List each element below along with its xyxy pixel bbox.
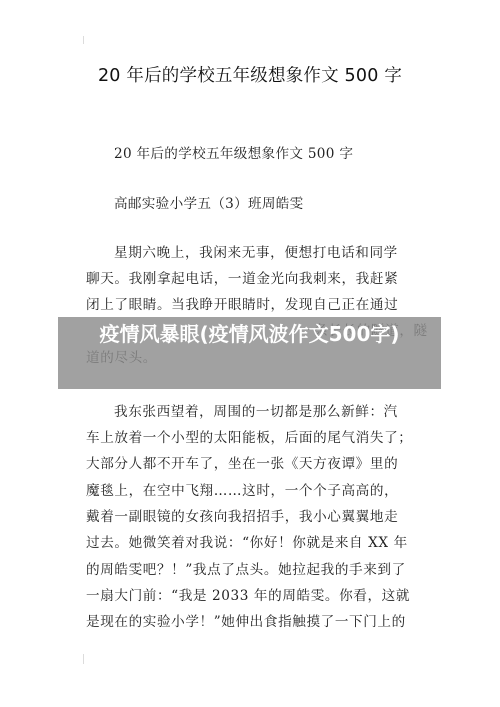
document-subtitle: 20 年后的学校五年级想象作文 500 字 xyxy=(114,146,353,162)
document-title: 20 年后的学校五年级想象作文 500 字 xyxy=(0,62,500,87)
paragraph-line: 是现在的实验小学！”她伸出食指触摸了一下门上的 xyxy=(86,614,406,630)
paragraph-line: 魔毯上，在空中飞翔……这时，一个个子高高的， xyxy=(86,483,398,499)
paragraph-line: 一扇大门前：“我是 2033 年的周皓雯。你看，这就 xyxy=(86,588,410,604)
paragraph-line: 闭上了眼睛。当我睁开眼睛时，发现自己正在通过 xyxy=(86,297,398,313)
page-corner-mark xyxy=(83,36,84,44)
page-corner-mark xyxy=(83,654,84,664)
paragraph-line: 大部分人都不开车了，坐在一张《天方夜谭》里的 xyxy=(86,456,398,472)
paragraph-line: 过去。她微笑着对我说：“你好！你就是来自 XX 年 xyxy=(86,535,408,551)
author-line: 高邮实验小学五（3）班周皓雯 xyxy=(114,196,304,212)
paragraph-line: 的周皓雯吧？！”我点了点头。她拉起我的手来到了 xyxy=(86,562,406,578)
document-page: 20 年后的学校五年级想象作文 500 字 20 年后的学校五年级想象作文 50… xyxy=(0,0,500,707)
paragraph-line: 聊天。我刚拿起电话，一道金光向我刺来，我赶紧 xyxy=(86,271,398,287)
paragraph-line: 星期六晚上，我闲来无事，便想打电话和同学 xyxy=(114,245,398,261)
paragraph-line: 戴着一副眼镜的女孩向我招招手，我小心翼翼地走 xyxy=(86,509,398,525)
paragraph-line: 车上放着一个小型的太阳能板，后面的尾气消失了； xyxy=(86,430,412,446)
paragraph-line: 我东张西望着，周围的一切都是那么新鲜：汽 xyxy=(114,404,398,420)
overlay-title: 疫情风暴眼(疫情风波作文500字) xyxy=(58,320,441,348)
